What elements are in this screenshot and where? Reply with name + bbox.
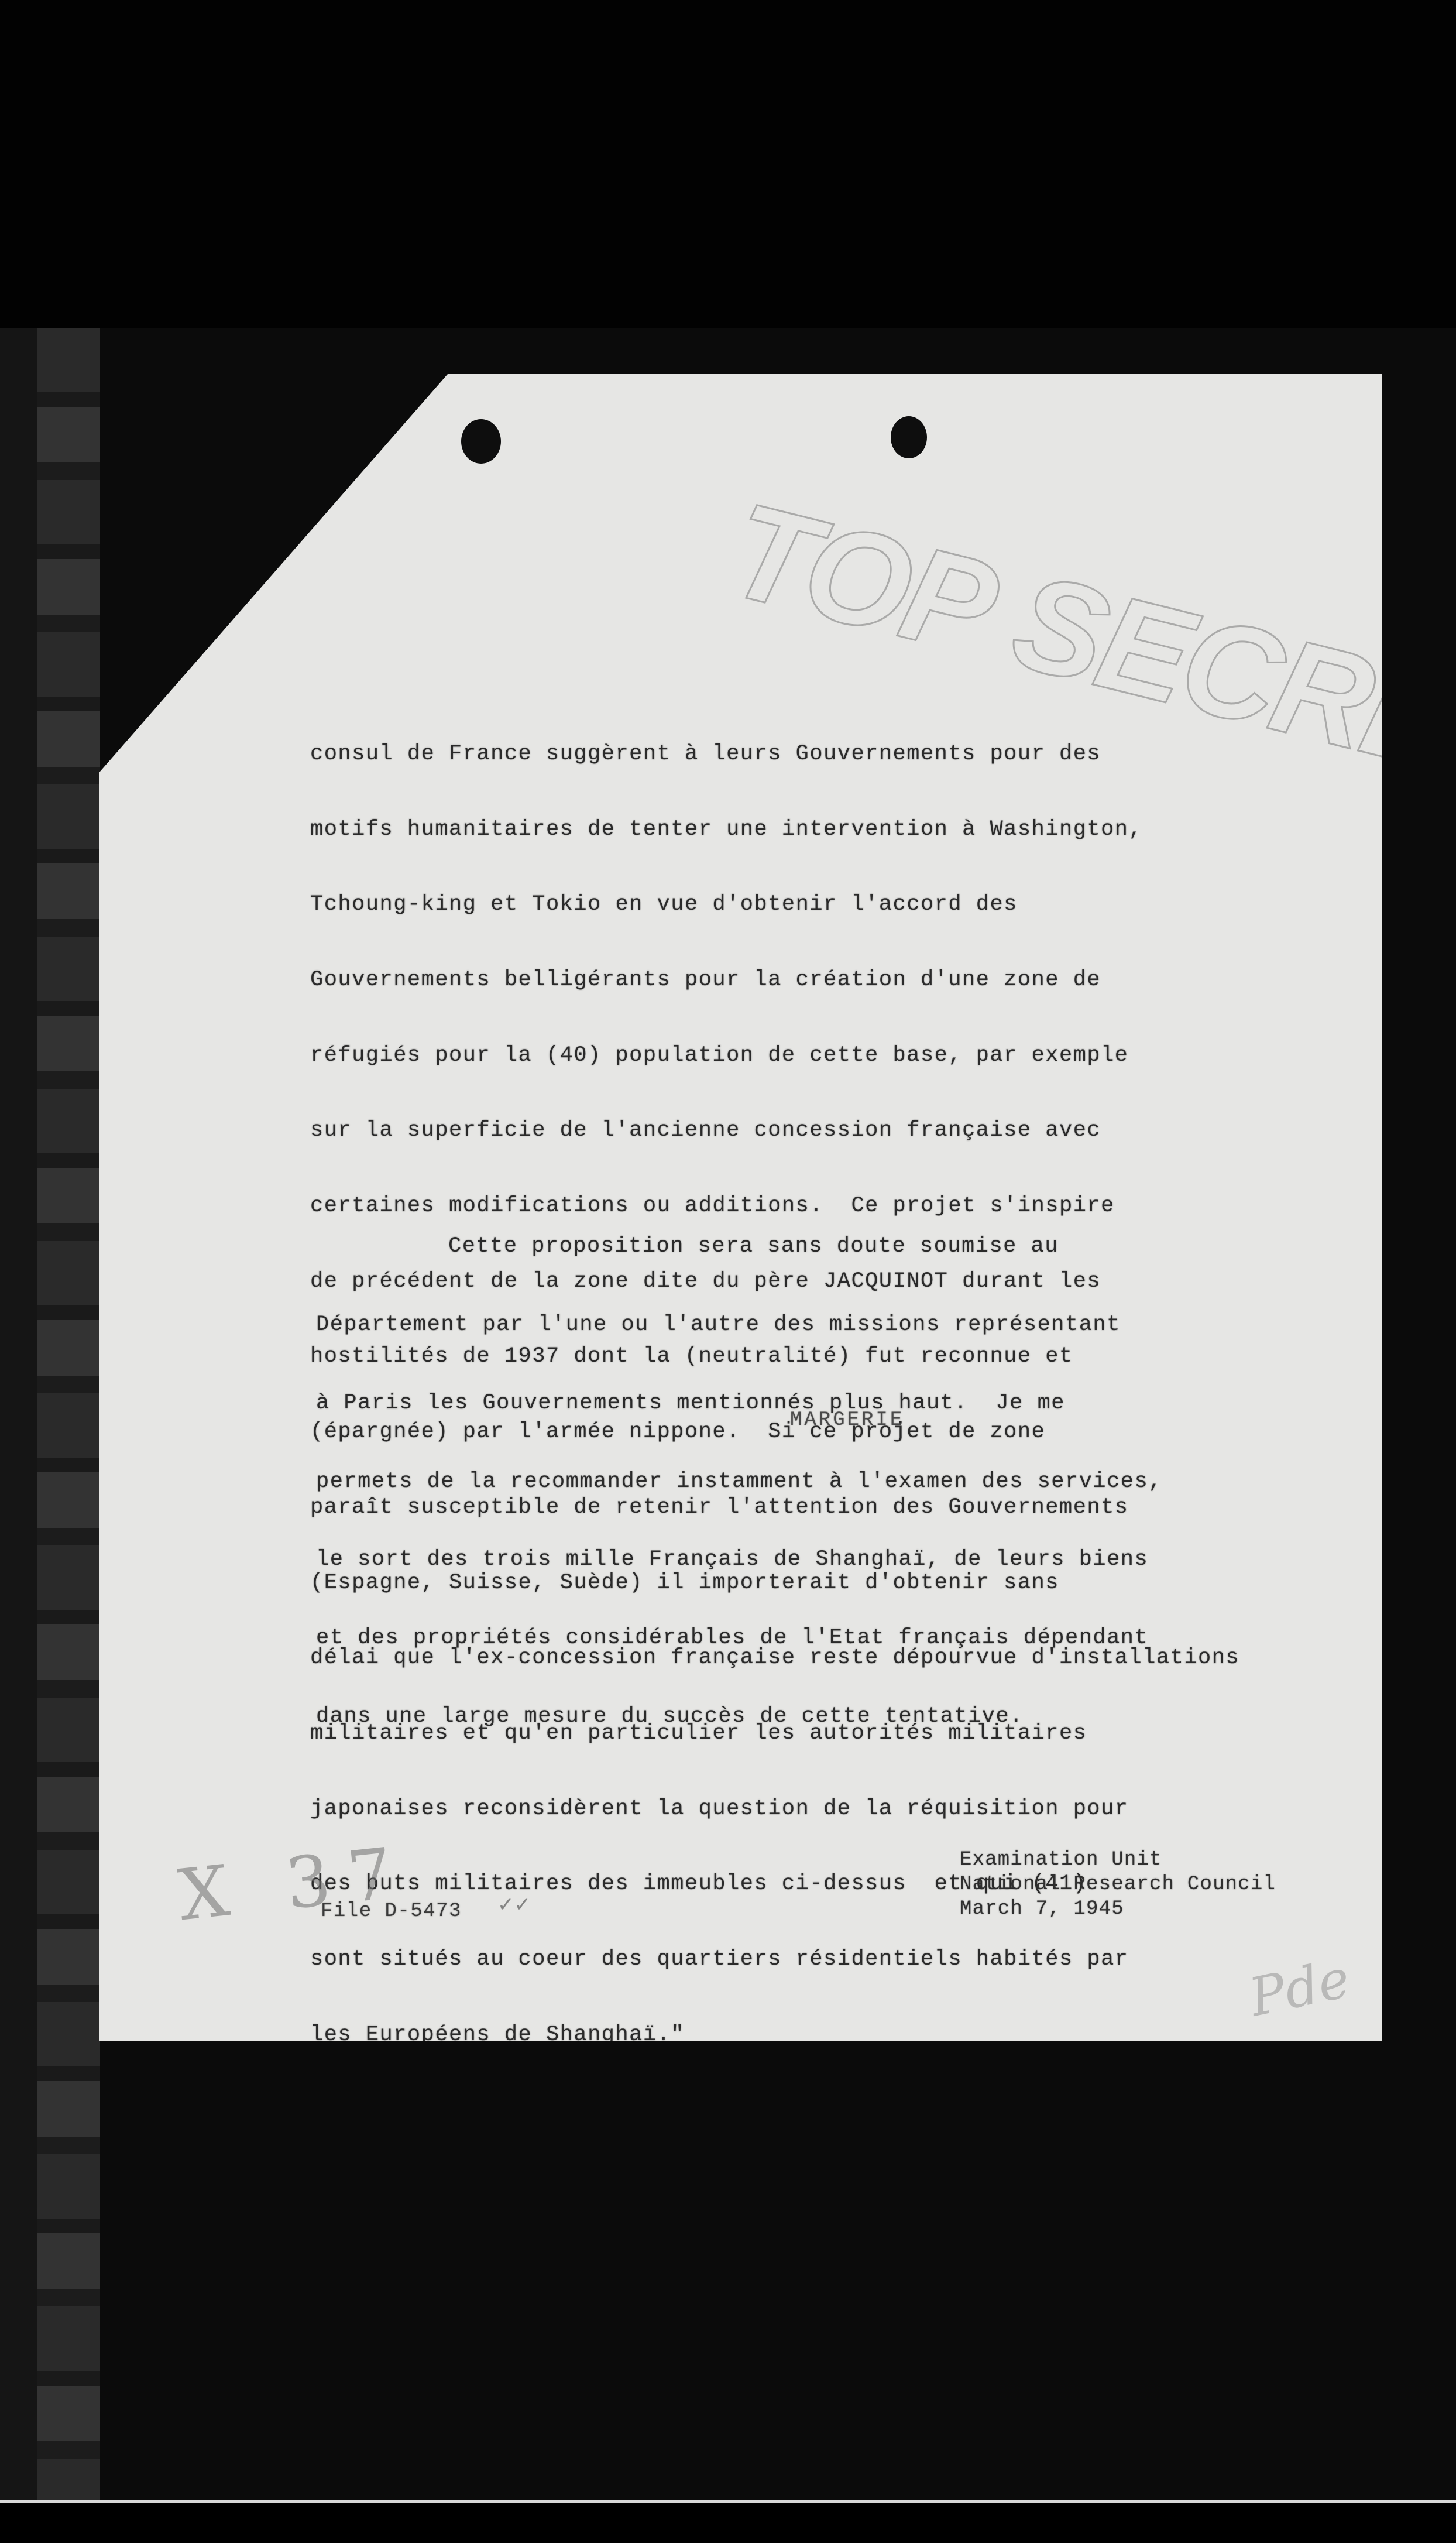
punch-hole-right: [891, 416, 927, 458]
text-line: motifs humanitaires de tenter une interv…: [310, 817, 1364, 842]
document-date: March 7, 1945: [960, 1897, 1276, 1921]
examination-unit-block: Examination Unit National Research Counc…: [960, 1848, 1276, 1921]
microfilm-bottom-margin: [0, 2503, 1456, 2543]
exam-unit-label: Examination Unit: [960, 1848, 1276, 1872]
text-line: et des propriétés considérables de l'Eta…: [316, 1625, 1162, 1651]
signature: MARGERIE: [790, 1409, 904, 1431]
film-strip-edge: [0, 328, 37, 2506]
microfilm-top-margin: [0, 0, 1456, 328]
film-strip-frames: [37, 328, 100, 2506]
paragraph-2: Cette proposition sera sans doute soumis…: [316, 1181, 1162, 1782]
file-number: File D-5473: [321, 1900, 462, 1922]
text-line: Tchoung-king et Tokio en vue d'obtenir l…: [310, 892, 1364, 917]
text-line: dans une large mesure du succès de cette…: [316, 1704, 1162, 1730]
text-line: permets de la recommander instamment à l…: [316, 1469, 1162, 1495]
document-page: TOP SECRET consul de France suggèrent à …: [99, 374, 1382, 2041]
text-line: Département par l'une ou l'autre des mis…: [316, 1312, 1162, 1338]
text-line: les Européens de Shanghaï.": [310, 2023, 1364, 2048]
council-label: National Research Council: [960, 1872, 1276, 1897]
text-line: sont situés au coeur des quartiers résid…: [310, 1947, 1364, 1972]
text-line: consul de France suggèrent à leurs Gouve…: [310, 742, 1364, 767]
text-line: à Paris les Gouvernements mentionnés plu…: [316, 1390, 1162, 1417]
text-line: japonaises reconsidèrent la question de …: [310, 1797, 1364, 1822]
punch-hole-left: [461, 419, 501, 464]
text-line: sur la superficie de l'ancienne concessi…: [310, 1118, 1364, 1143]
text-line: Cette proposition sera sans doute soumis…: [316, 1233, 1162, 1260]
text-line: le sort des trois mille Français de Shan…: [316, 1547, 1162, 1573]
checkmark-icon: ✓✓: [497, 1893, 531, 1917]
text-line: Gouvernements belligérants pour la créat…: [310, 968, 1364, 993]
text-line: réfugiés pour la (40) population de cett…: [310, 1043, 1364, 1068]
